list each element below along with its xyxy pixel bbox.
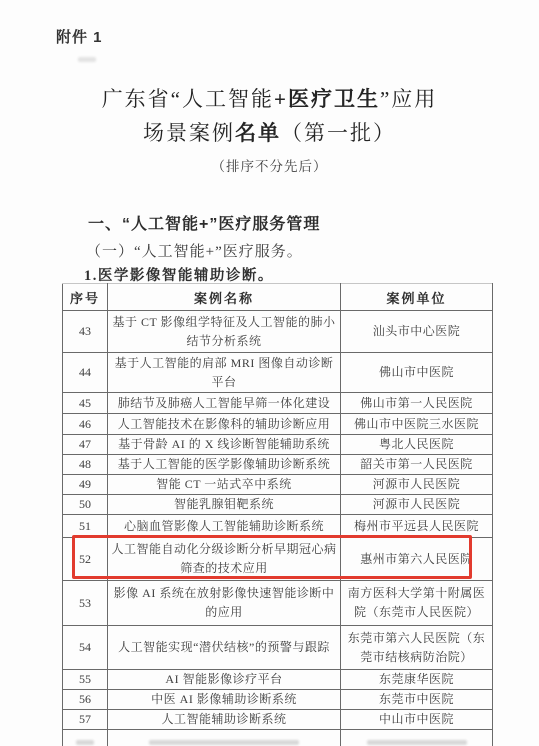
- table-row: 51 心脑血管影像人工智能辅助诊断系统 梅州市平远县人民医院: [63, 515, 493, 538]
- case-name: 基于骨龄 AI 的 X 线诊断智能辅助系统: [108, 435, 341, 455]
- case-no: 57: [63, 710, 108, 730]
- table-row: 57 人工智能辅助诊断系统 中山市中医院: [63, 710, 493, 730]
- case-name: 基于 CT 影像组学特征及人工智能的肺小结节分析系统: [108, 311, 341, 353]
- table-row: 43 基于 CT 影像组学特征及人工智能的肺小结节分析系统 汕头市中心医院: [63, 311, 493, 353]
- case-name: 心脑血管影像人工智能辅助诊断系统: [108, 515, 341, 538]
- case-no: 53: [63, 581, 108, 626]
- case-name: 基于人工智能的肩部 MRI 图像自动诊断平台: [108, 353, 341, 393]
- case-unit: 汕头市中心医院: [341, 311, 493, 353]
- table-row: 47 基于骨龄 AI 的 X 线诊断智能辅助系统 粤北人民医院: [63, 435, 493, 455]
- table-row: 48 基于人工智能的医学影像辅助诊断系统 韶关市第一人民医院: [63, 455, 493, 475]
- case-no: 44: [63, 353, 108, 393]
- attachment-label: 附件 1: [56, 26, 103, 47]
- table-header-row: 序号 案例名称 案例单位: [63, 284, 493, 311]
- case-no: 48: [63, 455, 108, 475]
- col-header-no: 序号: [63, 284, 108, 311]
- case-unit: 佛山市中医院: [341, 353, 493, 393]
- case-name: AI 智能影像诊疗平台: [108, 670, 341, 690]
- case-name: 人工智能实现“潜伏结核”的预警与跟踪: [108, 626, 341, 670]
- case-unit: 东莞康华医院: [341, 670, 493, 690]
- case-no: 50: [63, 495, 108, 515]
- case-unit: 南方医科大学第十附属医院（东莞市人民医院）: [341, 581, 493, 626]
- case-no: 49: [63, 475, 108, 495]
- case-unit: 惠州市第六人民医院: [341, 538, 493, 581]
- table-row-highlighted: 52 人工智能自动化分级诊断分析早期冠心病筛查的技术应用 惠州市第六人民医院: [63, 538, 493, 581]
- section-heading: 一、“人工智能+”医疗服务管理: [88, 211, 320, 234]
- table-row: 44 基于人工智能的肩部 MRI 图像自动诊断平台 佛山市中医院: [63, 353, 493, 393]
- case-name: 人工智能自动化分级诊断分析早期冠心病筛查的技术应用: [108, 538, 341, 581]
- table-row: 55 AI 智能影像诊疗平台 东莞康华医院: [63, 670, 493, 690]
- case-unit: 粤北人民医院: [341, 435, 493, 455]
- table-row: 54 人工智能实现“潜伏结核”的预警与跟踪 东莞市第六人民医院（东莞市结核病防治…: [63, 626, 493, 670]
- case-name: 肺结节及肺癌人工智能早筛一体化建设: [108, 393, 341, 414]
- case-name: 智能 CT 一站式卒中系统: [108, 475, 341, 495]
- case-name: 智能乳腺钼靶系统: [108, 495, 341, 515]
- case-unit: 佛山市第一人民医院: [341, 393, 493, 414]
- case-no: 55: [63, 670, 108, 690]
- table-row: 53 影像 AI 系统在放射影像快速智能诊断中的应用 南方医科大学第十附属医院（…: [63, 581, 493, 626]
- case-unit: 韶关市第一人民医院: [341, 455, 493, 475]
- case-name: 人工智能辅助诊断系统: [108, 710, 341, 730]
- case-no: 51: [63, 515, 108, 538]
- case-unit: 梅州市平远县人民医院: [341, 515, 493, 538]
- table-row: 46 人工智能技术在影像科的辅助诊断应用 佛山市中医院三水医院: [63, 414, 493, 435]
- page-title: 广东省“人工智能+医疗卫生”应用 场景案例名单（第一批）: [0, 82, 539, 150]
- subsection-heading: （一）“人工智能+”医疗服务。: [86, 240, 303, 261]
- partial-cell: [341, 730, 493, 746]
- scan-artifact: [78, 57, 96, 62]
- case-unit: 东莞市中医院: [341, 690, 493, 710]
- list-heading: 1.医学影像智能辅助诊断。: [84, 264, 274, 285]
- case-name: 人工智能技术在影像科的辅助诊断应用: [108, 414, 341, 435]
- col-header-unit: 案例单位: [341, 284, 493, 311]
- partial-cell: [63, 730, 108, 746]
- page-title-line2: 场景案例名单（第一批）: [0, 116, 539, 150]
- table-row: 45 肺结节及肺癌人工智能早筛一体化建设 佛山市第一人民医院: [63, 393, 493, 414]
- case-no: 43: [63, 311, 108, 353]
- case-name: 中医 AI 影像辅助诊断系统: [108, 690, 341, 710]
- case-no: 45: [63, 393, 108, 414]
- case-no: 47: [63, 435, 108, 455]
- case-no: 56: [63, 690, 108, 710]
- case-unit: 河源市人民医院: [341, 475, 493, 495]
- table-row: 49 智能 CT 一站式卒中系统 河源市人民医院: [63, 475, 493, 495]
- page-title-line1: 广东省“人工智能+医疗卫生”应用: [0, 82, 539, 116]
- partial-cutoff-row: [63, 730, 493, 746]
- case-unit: 佛山市中医院三水医院: [341, 414, 493, 435]
- case-unit: 东莞市第六人民医院（东莞市结核病防治院）: [341, 626, 493, 670]
- table-row: 50 智能乳腺钼靶系统 河源市人民医院: [63, 495, 493, 515]
- case-unit: 中山市中医院: [341, 710, 493, 730]
- case-name: 基于人工智能的医学影像辅助诊断系统: [108, 455, 341, 475]
- case-unit: 河源市人民医院: [341, 495, 493, 515]
- page-subtitle: （排序不分先后）: [0, 155, 539, 175]
- case-no: 52: [63, 538, 108, 581]
- table-row: 56 中医 AI 影像辅助诊断系统 东莞市中医院: [63, 690, 493, 710]
- case-no: 54: [63, 626, 108, 670]
- col-header-name: 案例名称: [108, 284, 341, 311]
- case-name: 影像 AI 系统在放射影像快速智能诊断中的应用: [108, 581, 341, 626]
- case-no: 46: [63, 414, 108, 435]
- partial-cell: [108, 730, 341, 746]
- case-table: 序号 案例名称 案例单位 43 基于 CT 影像组学特征及人工智能的肺小结节分析…: [62, 283, 493, 746]
